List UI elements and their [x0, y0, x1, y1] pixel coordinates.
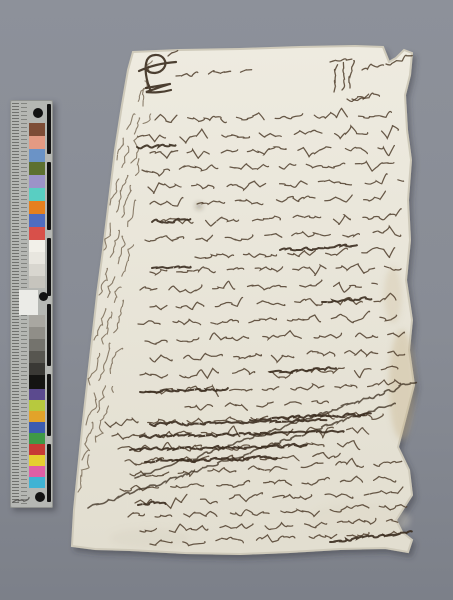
manuscript-page [0, 0, 453, 600]
photograph-background [0, 0, 453, 600]
